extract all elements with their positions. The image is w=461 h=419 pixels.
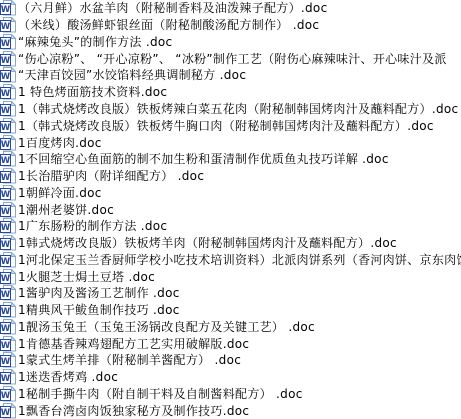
file-name: 1不回缩空心鱼面筋的制不加生粉和蛋清制作优质鱼丸技巧详解 .doc	[18, 153, 389, 165]
file-row[interactable]: W 1河北保定玉兰香厨师学校小吃技术培训资料）北派肉饼系列（香河肉饼、京东肉饼、	[0, 251, 461, 268]
word-document-icon: W	[0, 386, 16, 402]
word-document-icon: W	[0, 185, 16, 201]
file-name: （六月鲜）水盆羊肉（附秘制香料及油泼辣子配方）.doc	[18, 2, 327, 14]
file-name: 1迷迭香烤鸡 .doc	[18, 371, 118, 383]
svg-text:W: W	[1, 274, 11, 284]
svg-text:W: W	[1, 207, 11, 217]
file-name: 1长治腊驴肉（附详细配方） .doc	[18, 170, 204, 182]
word-document-icon: W	[0, 17, 16, 33]
word-document-icon: W	[0, 369, 16, 385]
file-row[interactable]: W 1迷迭香烤鸡 .doc	[0, 369, 461, 386]
file-row[interactable]: W 1飘香台湾卤肉饭独家秘方及制作技巧.doc	[0, 402, 461, 419]
word-document-icon: W	[0, 135, 16, 151]
svg-text:W: W	[1, 408, 11, 418]
file-row[interactable]: W 1（韩式烧烤改良版）铁板烤辣白菜五花肉（附秘制韩国烤肉汁及蘸料配方）.doc	[0, 101, 461, 118]
svg-text:W: W	[1, 357, 11, 367]
svg-text:W: W	[1, 307, 11, 317]
svg-text:W: W	[1, 72, 11, 82]
svg-text:W: W	[1, 106, 11, 116]
file-row[interactable]: W 1韩式烧烤改良版）铁板烤羊肉（附秘制韩国烤肉汁及蘸料配方）.doc	[0, 235, 461, 252]
file-name: 1靓汤玉兔王（玉兔王汤锅改良配方及关键工艺） .doc	[18, 321, 315, 333]
svg-text:W: W	[1, 156, 11, 166]
file-name: 1 特色烤面筋技术资料.doc	[18, 86, 167, 98]
word-document-icon: W	[0, 319, 16, 335]
svg-text:W: W	[1, 39, 11, 49]
word-document-icon: W	[0, 403, 16, 419]
word-document-icon: W	[0, 352, 16, 368]
file-row[interactable]: W 1朝鲜冷面.doc	[0, 184, 461, 201]
word-document-icon: W	[0, 202, 16, 218]
file-row[interactable]: W “天津百饺园”水饺馅料经典调制秘方 .doc	[0, 67, 461, 84]
file-name: 1肯德基香辣鸡翅配方工艺实用破解版.doc	[18, 338, 249, 350]
file-name: 1（韩式烧烤改良版）铁板烤辣白菜五花肉（附秘制韩国烤肉汁及蘸料配方）.doc	[18, 103, 458, 115]
file-list: W （六月鲜）水盆羊肉（附秘制香料及油泼辣子配方）.doc W （米线）酸汤鲜虾…	[0, 0, 461, 419]
file-name: 1广东肠粉的制作方法 .doc	[18, 220, 167, 232]
file-name: 1秘制手撕牛肉（附自制干料及自制酱料配方） .doc	[18, 388, 303, 400]
file-name: 1朝鲜冷面.doc	[18, 187, 102, 199]
file-name: 1蒙式生烤羊排（附秘制羊酱配方） .doc	[18, 354, 241, 366]
svg-text:W: W	[1, 173, 11, 183]
word-document-icon: W	[0, 336, 16, 352]
word-document-icon: W	[0, 235, 16, 251]
word-document-icon: W	[0, 218, 16, 234]
file-row[interactable]: W 1秘制手撕牛肉（附自制干料及自制酱料配方） .doc	[0, 386, 461, 403]
file-row[interactable]: W 1长治腊驴肉（附详细配方） .doc	[0, 168, 461, 185]
svg-text:W: W	[1, 257, 11, 267]
file-name: 1火腿芝士焗土豆塔 .doc	[18, 271, 155, 283]
file-row[interactable]: W 1蒙式生烤羊排（附秘制羊酱配方） .doc	[0, 352, 461, 369]
word-document-icon: W	[0, 51, 16, 67]
file-name: 1飘香台湾卤肉饭独家秘方及制作技巧.doc	[18, 405, 249, 417]
svg-text:W: W	[1, 391, 11, 401]
word-document-icon: W	[0, 302, 16, 318]
file-row[interactable]: W “麻辣兔头”的制作方法 .doc	[0, 34, 461, 51]
word-document-icon: W	[0, 151, 16, 167]
svg-text:W: W	[1, 374, 11, 384]
word-document-icon: W	[0, 67, 16, 83]
word-document-icon: W	[0, 285, 16, 301]
word-document-icon: W	[0, 0, 16, 16]
file-row[interactable]: W 1广东肠粉的制作方法 .doc	[0, 218, 461, 235]
svg-text:W: W	[1, 22, 11, 32]
file-name: 1百度烤肉.doc	[18, 137, 102, 149]
file-row[interactable]: W 1潮州老婆饼.doc	[0, 201, 461, 218]
svg-text:W: W	[1, 56, 11, 66]
svg-text:W: W	[1, 123, 11, 133]
file-name: 1潮州老婆饼.doc	[18, 204, 114, 216]
svg-text:W: W	[1, 89, 11, 99]
svg-text:W: W	[1, 5, 11, 15]
file-name: “伤心凉粉”、 “开心凉粉”、 “冰粉”制作工艺（附伤心麻辣味汁、开心味汁及派	[18, 53, 447, 65]
word-document-icon: W	[0, 84, 16, 100]
word-document-icon: W	[0, 101, 16, 117]
file-row[interactable]: W 1不回缩空心鱼面筋的制不加生粉和蛋清制作优质鱼丸技巧详解 .doc	[0, 151, 461, 168]
svg-text:W: W	[1, 341, 11, 351]
file-row[interactable]: W 1 特色烤面筋技术资料.doc	[0, 84, 461, 101]
file-name: “天津百饺园”水饺馅料经典调制秘方 .doc	[18, 69, 246, 81]
file-name: “麻辣兔头”的制作方法 .doc	[18, 36, 172, 48]
file-row[interactable]: W 1肯德基香辣鸡翅配方工艺实用破解版.doc	[0, 335, 461, 352]
file-name: 1河北保定玉兰香厨师学校小吃技术培训资料）北派肉饼系列（香河肉饼、京东肉饼、	[18, 254, 461, 266]
word-document-icon: W	[0, 118, 16, 134]
file-name: 1（韩式烧烤改良版）铁板烤牛胸口肉（附秘制韩国烤肉汁及蘸料配方）.doc	[18, 120, 434, 132]
file-row[interactable]: W 1火腿芝士焗土豆塔 .doc	[0, 268, 461, 285]
file-name: 1精典风干鲅鱼制作技巧 .doc	[18, 304, 180, 316]
file-name: 1酱驴肉及酱汤工艺制作 .doc	[18, 287, 180, 299]
word-document-icon: W	[0, 168, 16, 184]
file-row[interactable]: W （六月鲜）水盆羊肉（附秘制香料及油泼辣子配方）.doc	[0, 0, 461, 17]
file-name: （米线）酸汤鲜虾银丝面（附秘制酸汤配方制作） .doc	[18, 19, 319, 31]
svg-text:W: W	[1, 324, 11, 334]
file-row[interactable]: W （米线）酸汤鲜虾银丝面（附秘制酸汤配方制作） .doc	[0, 17, 461, 34]
svg-text:W: W	[1, 290, 11, 300]
svg-text:W: W	[1, 223, 11, 233]
file-row[interactable]: W 1酱驴肉及酱汤工艺制作 .doc	[0, 285, 461, 302]
word-document-icon: W	[0, 269, 16, 285]
file-row[interactable]: W “伤心凉粉”、 “开心凉粉”、 “冰粉”制作工艺（附伤心麻辣味汁、开心味汁及…	[0, 50, 461, 67]
word-document-icon: W	[0, 252, 16, 268]
svg-text:W: W	[1, 240, 11, 250]
file-name: 1韩式烧烤改良版）铁板烤羊肉（附秘制韩国烤肉汁及蘸料配方）.doc	[18, 237, 397, 249]
svg-text:W: W	[1, 140, 11, 150]
file-row[interactable]: W 1靓汤玉兔王（玉兔王汤锅改良配方及关键工艺） .doc	[0, 319, 461, 336]
word-document-icon: W	[0, 34, 16, 50]
svg-text:W: W	[1, 190, 11, 200]
file-row[interactable]: W 1百度烤肉.doc	[0, 134, 461, 151]
file-row[interactable]: W 1（韩式烧烤改良版）铁板烤牛胸口肉（附秘制韩国烤肉汁及蘸料配方）.doc	[0, 117, 461, 134]
file-row[interactable]: W 1精典风干鲅鱼制作技巧 .doc	[0, 302, 461, 319]
